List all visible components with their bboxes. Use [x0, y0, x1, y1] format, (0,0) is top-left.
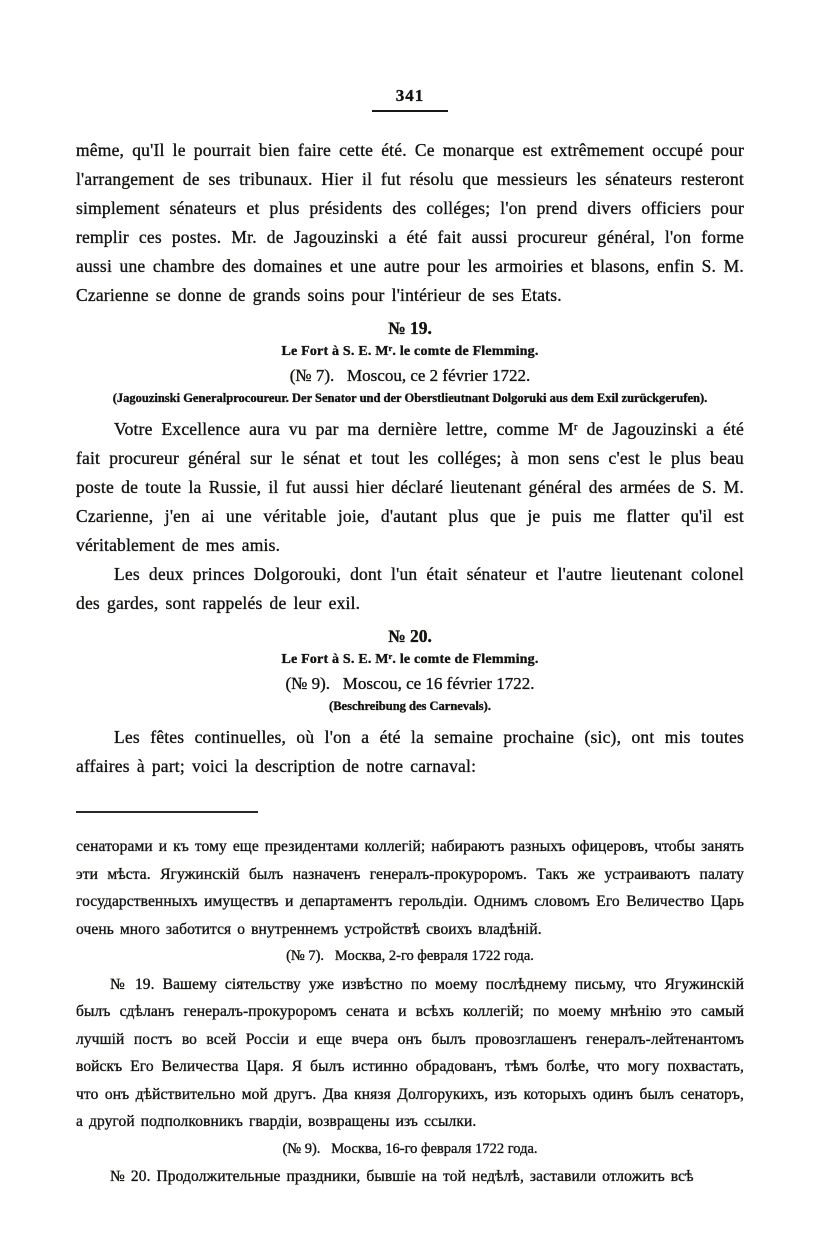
footnote-paragraph-19: № 19. Вашему сіятельству уже извѣстно по… [76, 971, 744, 1136]
letter-19-paragraph-2: Les deux princes Dolgorouki, dont l'un é… [76, 560, 744, 618]
letter-20-section: № 20. Le Fort à S. E. Mʳ. le comte de Fl… [76, 625, 744, 781]
footnote-dateline-19: (№ 7). Москва, 2-го февраля 1722 года. [76, 943, 744, 971]
footnote-paragraph-continuation: сенаторами и къ тому еще президентами ко… [76, 833, 744, 943]
letter-19-section: № 19. Le Fort à S. E. Mʳ. le comte de Fl… [76, 317, 744, 618]
letter-19-german-summary: (Jagouzinski Generalprocoureur. Der Sena… [100, 390, 720, 407]
letter-20-paragraph-1: Les fêtes continuelles, où l'on a été la… [76, 723, 744, 781]
letter-20-title: Le Fort à S. E. Mʳ. le comte de Flemming… [76, 650, 744, 669]
letter-19-title: Le Fort à S. E. Mʳ. le comte de Flemming… [76, 342, 744, 361]
letter-19-dateline: (№ 7). Moscou, ce 2 février 1722. [76, 364, 744, 387]
book-page: 341 même, qu'Il le pourrait bien faire c… [0, 0, 820, 1256]
letter-20-german-summary: (Beschreibung des Carnevals). [100, 698, 720, 715]
page-number: 341 [372, 86, 449, 112]
paragraph-continuation: même, qu'Il le pourrait bien faire cette… [76, 136, 744, 310]
letter-19-paragraph-1: Votre Excellence aura vu par ma dernière… [76, 415, 744, 560]
footnote-separator [76, 811, 258, 813]
footnote-paragraph-20: № 20. Продолжительные праздники, бывшіе … [76, 1163, 744, 1191]
footnote-russian-translation: сенаторами и къ тому еще президентами ко… [76, 833, 744, 1191]
letter-20-dateline: (№ 9). Moscou, ce 16 février 1722. [76, 672, 744, 695]
page-header: 341 [76, 86, 744, 112]
letter-19-number-heading: № 19. [76, 317, 744, 339]
letter-20-number-heading: № 20. [76, 625, 744, 647]
footnote-dateline-20: (№ 9). Москва, 16-го февраля 1722 года. [76, 1136, 744, 1164]
